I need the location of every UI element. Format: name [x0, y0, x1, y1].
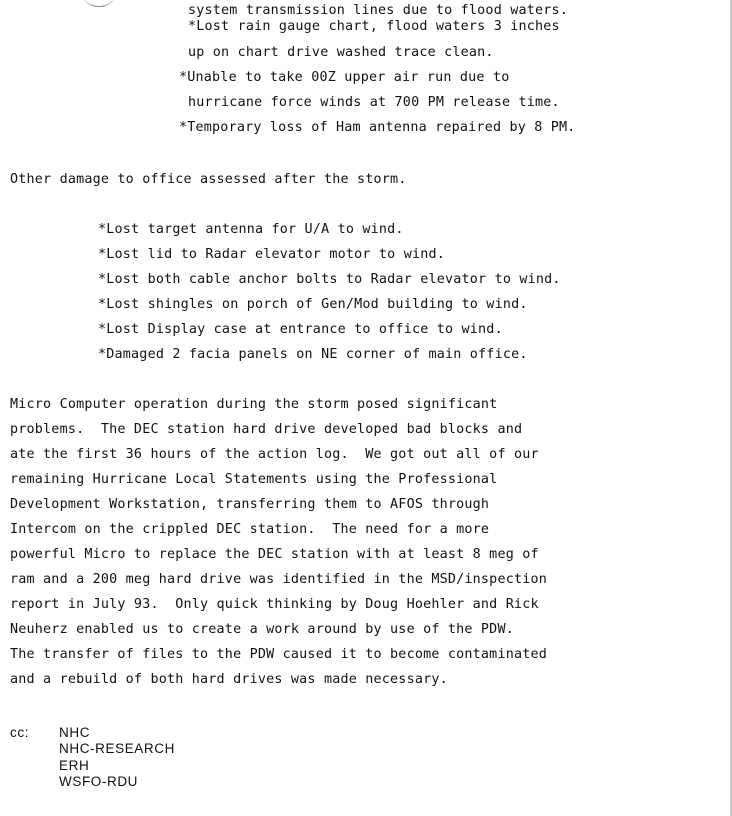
paragraph-line: ate the first 36 hours of the action log… — [10, 447, 539, 463]
paragraph-line: ram and a 200 meg hard drive was identif… — [10, 572, 547, 588]
paragraph-line: Micro Computer operation during the stor… — [10, 397, 497, 413]
paragraph-line: problems. The DEC station hard drive dev… — [10, 422, 522, 438]
list-item: *Lost lid to Radar elevator motor to win… — [98, 247, 445, 263]
list-item: system transmission lines due to flood w… — [188, 3, 568, 19]
section-heading: Other damage to office assessed after th… — [10, 172, 407, 188]
paragraph-line: remaining Hurricane Local Statements usi… — [10, 472, 497, 488]
list-item: *Lost both cable anchor bolts to Radar e… — [98, 272, 561, 288]
paragraph-line: Intercom on the crippled DEC station. Th… — [10, 522, 489, 538]
paragraph-line: powerful Micro to replace the DEC statio… — [10, 547, 539, 563]
scan-smudge — [84, 0, 114, 7]
paragraph-line: and a rebuild of both hard drives was ma… — [10, 672, 448, 688]
list-item: *Temporary loss of Ham antenna repaired … — [179, 120, 576, 136]
cc-recipient: ERH — [59, 758, 89, 775]
list-item: up on chart drive washed trace clean. — [188, 45, 494, 61]
list-item: hurricane force winds at 700 PM release … — [188, 95, 560, 111]
cc-recipient: NHC-RESEARCH — [59, 741, 175, 758]
cc-label: cc: — [10, 725, 29, 742]
list-item: *Unable to take 00Z upper air run due to — [179, 70, 509, 86]
list-item: *Damaged 2 facia panels on NE corner of … — [98, 347, 528, 363]
paragraph-line: Development Workstation, transferring th… — [10, 497, 489, 513]
paragraph-line: report in July 93. Only quick thinking b… — [10, 597, 539, 613]
list-item: *Lost target antenna for U/A to wind. — [98, 222, 404, 238]
list-item: *Lost rain gauge chart, flood waters 3 i… — [188, 19, 560, 35]
cc-recipient: NHC — [59, 725, 90, 742]
paragraph-line: The transfer of files to the PDW caused … — [10, 647, 547, 663]
list-item: *Lost Display case at entrance to office… — [98, 322, 503, 338]
paragraph-line: Neuherz enabled us to create a work arou… — [10, 622, 514, 638]
list-item: *Lost shingles on porch of Gen/Mod build… — [98, 297, 528, 313]
cc-recipient: WSFO-RDU — [59, 774, 138, 791]
